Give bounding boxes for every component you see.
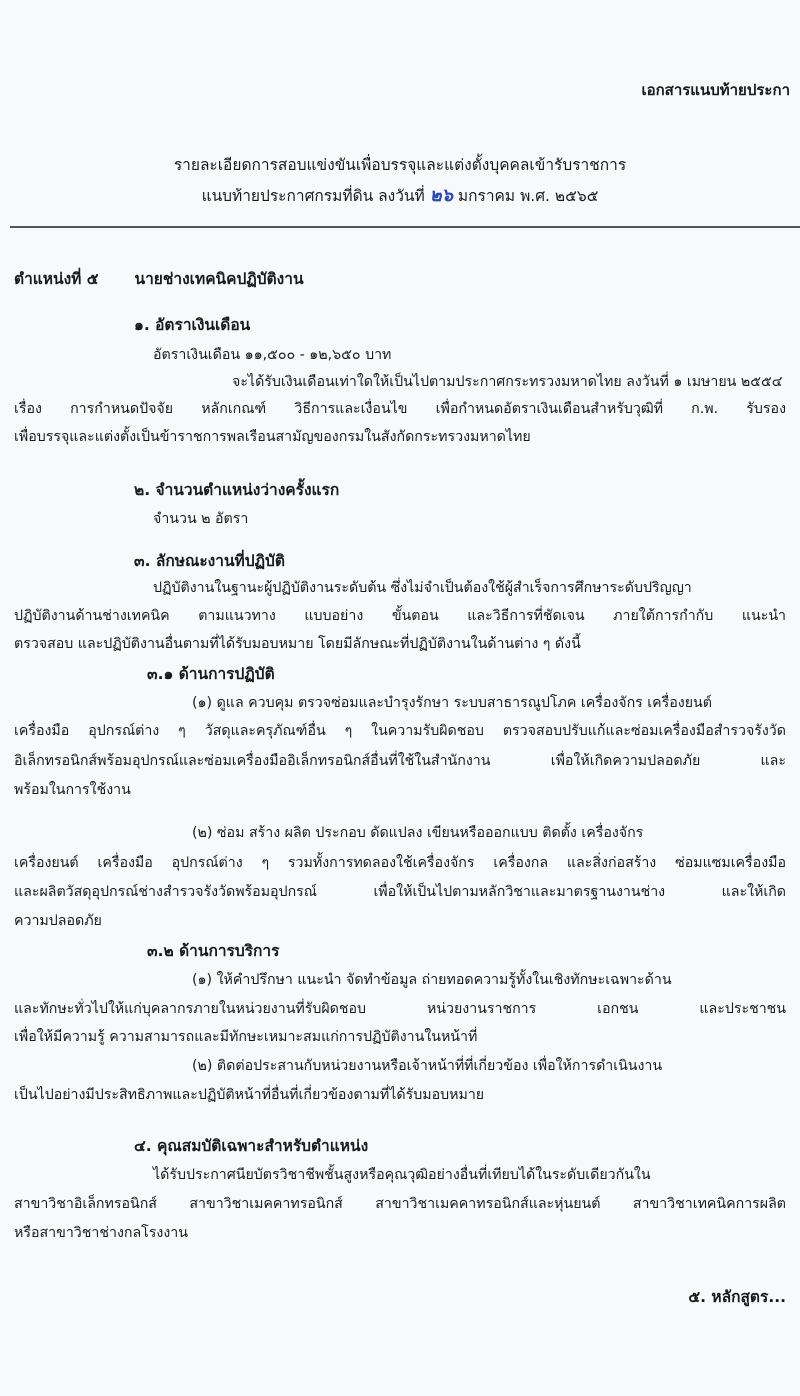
- operation-item-2-line: และผลิตวัสดุอุปกรณ์ช่างสำรวจรังวัดพร้อมอ…: [14, 881, 786, 903]
- operation-item-1-line: เครื่องมือ อุปกรณ์ต่าง ๆ วัสดุและครุภัณฑ…: [14, 720, 786, 742]
- duties-text-line: ตรวจสอบ และปฏิบัติงานอื่นตามที่ได้รับมอบ…: [14, 633, 581, 655]
- section-3-heading: ๓. ลักษณะงานที่ปฏิบัติ: [134, 548, 285, 573]
- header-divider: [10, 226, 800, 228]
- service-item-1-line: เพื่อให้มีความรู้ ความสามารถและมีทักษะเห…: [14, 1026, 477, 1048]
- operation-item-2-line: เครื่องยนต์ เครื่องมือ อุปกรณ์ต่าง ๆ รวม…: [14, 852, 786, 874]
- service-item-2-line: เป็นไปอย่างมีประสิทธิภาพและปฏิบัติหน้าที…: [14, 1084, 484, 1106]
- position-name: นายช่างเทคนิคปฏิบัติงาน: [135, 270, 304, 288]
- salary-text-line: จะได้รับเงินเดือนเท่าใดให้เป็นไปตามประกา…: [232, 371, 782, 393]
- document-page: เอกสารแนบท้ายประกา รายละเอียดการสอบแข่งข…: [0, 0, 800, 1396]
- operation-item-1-line: พร้อมในการใช้งาน: [14, 779, 131, 801]
- salary-range: อัตราเงินเดือน ๑๑,๕๐๐ - ๑๒,๖๕๐ บาท: [153, 344, 391, 366]
- duties-text-line: ปฏิบัติงานด้านช่างเทคนิค ตามแนวทาง แบบอย…: [14, 605, 786, 627]
- announcement-prefix: แนบท้ายประกาศกรมที่ดิน ลงวันที่: [202, 187, 425, 205]
- salary-text-line: เรื่อง การกำหนดปัจจัย หลักเกณฑ์ วิธีการแ…: [14, 398, 786, 420]
- position-label: ตำแหน่งที่ ๕: [14, 270, 99, 288]
- document-subtitle: แนบท้ายประกาศกรมที่ดิน ลงวันที่ ๒๖ มกราค…: [0, 180, 800, 209]
- section-3-1-heading: ๓.๑ ด้านการปฏิบัติ: [147, 661, 275, 686]
- operation-item-1-line: อิเล็กทรอนิกส์พร้อมอุปกรณ์และซ่อมเครื่อง…: [14, 750, 786, 772]
- service-item-1-line: (๑) ให้คำปรึกษา แนะนำ จัดทำข้อมูล ถ่ายทอ…: [192, 969, 672, 991]
- operation-item-2-line: (๒) ซ่อม สร้าง ผลิต ประกอบ ดัดแปลง เขียน…: [192, 822, 643, 844]
- announcement-date-suffix: มกราคม พ.ศ. ๒๕๖๕: [458, 187, 599, 205]
- service-item-2-line: (๒) ติดต่อประสานกับหน่วยงานหรือเจ้าหน้าท…: [192, 1055, 662, 1077]
- continuation-marker: ๕. หลักสูตร...: [688, 1284, 786, 1309]
- salary-text-line: เพื่อบรรจุและแต่งตั้งเป็นข้าราชการพลเรือ…: [14, 426, 531, 448]
- operation-item-1-line: (๑) ดูแล ควบคุม ตรวจซ่อมและบำรุงรักษา ระ…: [192, 692, 712, 714]
- qualification-line: สาขาวิชาอิเล็กทรอนิกส์ สาขาวิชาเมคคาทรอน…: [14, 1193, 786, 1215]
- service-item-1-line: และทักษะทั่วไปให้แก่บุคลากรภายในหน่วยงาน…: [14, 998, 786, 1020]
- duties-text-line: ปฏิบัติงานในฐานะผู้ปฏิบัติงานระดับต้น ซึ…: [153, 577, 692, 599]
- attachment-label: เอกสารแนบท้ายประกา: [641, 78, 790, 102]
- operation-item-2-line: ความปลอดภัย: [14, 910, 102, 932]
- qualification-line: หรือสาขาวิชาช่างกลโรงงาน: [14, 1222, 188, 1244]
- section-4-heading: ๔. คุณสมบัติเฉพาะสำหรับตำแหน่ง: [134, 1133, 368, 1158]
- document-title: รายละเอียดการสอบแข่งขันเพื่อบรรจุและแต่ง…: [0, 152, 800, 177]
- section-1-heading: ๑. อัตราเงินเดือน: [134, 312, 250, 337]
- section-3-2-heading: ๓.๒ ด้านการบริการ: [147, 938, 279, 963]
- handwritten-day: ๒๖: [430, 185, 453, 206]
- vacancy-count: จำนวน ๒ อัตรา: [153, 508, 248, 530]
- qualification-line: ได้รับประกาศนียบัตรวิชาชีพชั้นสูงหรือคุณ…: [153, 1164, 651, 1186]
- section-2-heading: ๒. จำนวนตำแหน่งว่างครั้งแรก: [134, 477, 339, 502]
- position-heading: ตำแหน่งที่ ๕นายช่างเทคนิคปฏิบัติงาน: [14, 266, 304, 291]
